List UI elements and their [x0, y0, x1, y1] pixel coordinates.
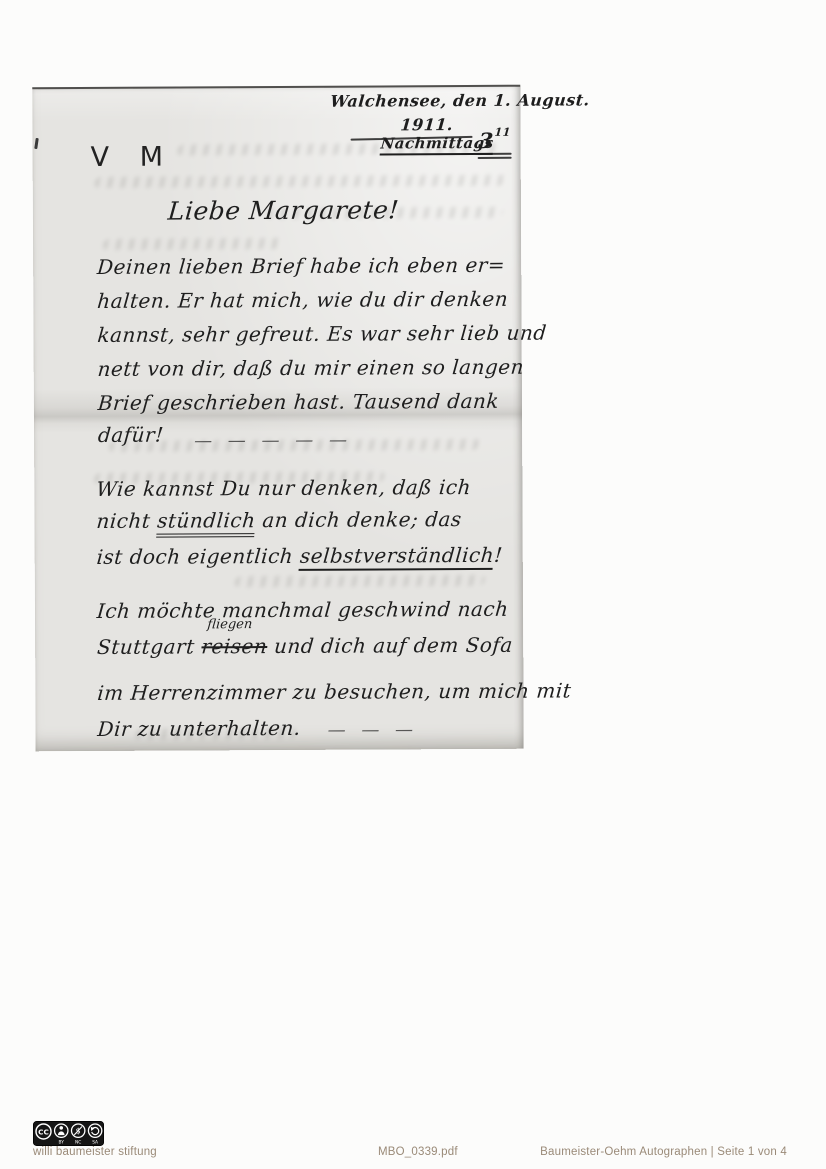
inserted-word: fliegen [207, 618, 253, 631]
footer-institution-label: willi baumeister stiftung [33, 1146, 157, 1158]
cc-badge-graphic: CC $ BY NC SA [33, 1121, 104, 1146]
letter-line: nicht stündlich an dich denke; das [96, 509, 463, 531]
letter-line: Wie kannst Du nur denken, daß ich [96, 477, 472, 499]
dash-flourish: — — — — — [193, 432, 352, 451]
time-underline-stroke [478, 157, 512, 159]
letter-line: im Herrenzimmer zu besuchen, um mich mit [97, 680, 573, 702]
footer-collection-page-label: Baumeister-Oehm Autographen | Seite 1 vo… [540, 1146, 787, 1158]
line-segment: nicht [96, 509, 159, 533]
line-segment: ist doch eigentlich [96, 544, 301, 569]
time-underline-stroke [476, 153, 512, 155]
letter-line: nett von dir, daß du mir einen so langen [97, 357, 525, 379]
letter-line: Brief geschrieben hast. Tausend dank [97, 391, 500, 413]
badge-label-nc: NC [75, 1140, 81, 1146]
date-time-value: 3 [478, 130, 495, 151]
cc-by-nc-sa-badge: CC $ BY NC SA [33, 1121, 104, 1146]
date-year-line: 1911. [400, 117, 454, 133]
pdf-page: Walchensee, den 1. August. 1911. Nachmit… [0, 0, 826, 1169]
underlined-word: selbstverständlich [299, 543, 495, 571]
line-segment: und dich auf dem Sofa [266, 633, 513, 658]
cc-logo-text: CC [38, 1127, 49, 1136]
letter-line: dafür! [97, 425, 164, 445]
line-segment: an dich denke; das [255, 507, 463, 532]
salutation: Liebe Margarete! [167, 197, 400, 223]
date-time-superscript: 11 [494, 127, 511, 138]
badge-label-by: BY [59, 1140, 65, 1146]
struck-word: reisenfliegen [201, 634, 269, 658]
letter-line: Dir zu unterhalten. [97, 718, 302, 739]
footer-filename: MBO_0339.pdf [378, 1146, 458, 1158]
date-place-line: Walchensee, den 1. August. [330, 92, 591, 109]
letter-line: Deinen lieben Brief habe ich eben er= [96, 255, 506, 277]
letter-line: Stuttgart reisenfliegen und dich auf dem… [96, 635, 513, 657]
line-segment: ! [493, 543, 504, 567]
bleedthrough-ghost [94, 175, 506, 188]
corner-mark: V M [91, 144, 174, 171]
letter-scan: Walchensee, den 1. August. 1911. Nachmit… [32, 85, 523, 752]
badge-label-sa: SA [92, 1140, 98, 1146]
struck-word-text: reisen [201, 634, 269, 658]
bleedthrough-ghost [234, 575, 486, 587]
dash-flourish: — — — [327, 721, 419, 739]
line-segment: Stuttgart [96, 634, 202, 659]
bleedthrough-ghost [102, 238, 284, 250]
letter-line: kannst, sehr gefreut. Es war sehr lieb u… [97, 323, 548, 345]
underlined-word: stündlich [156, 508, 257, 538]
letter-line: ist doch eigentlich selbstverständlich! [96, 545, 504, 567]
letter-line: halten. Er hat mich, wie du dir denken [97, 289, 509, 311]
letter-line: Ich möchte manchmal geschwind nach [96, 599, 509, 621]
